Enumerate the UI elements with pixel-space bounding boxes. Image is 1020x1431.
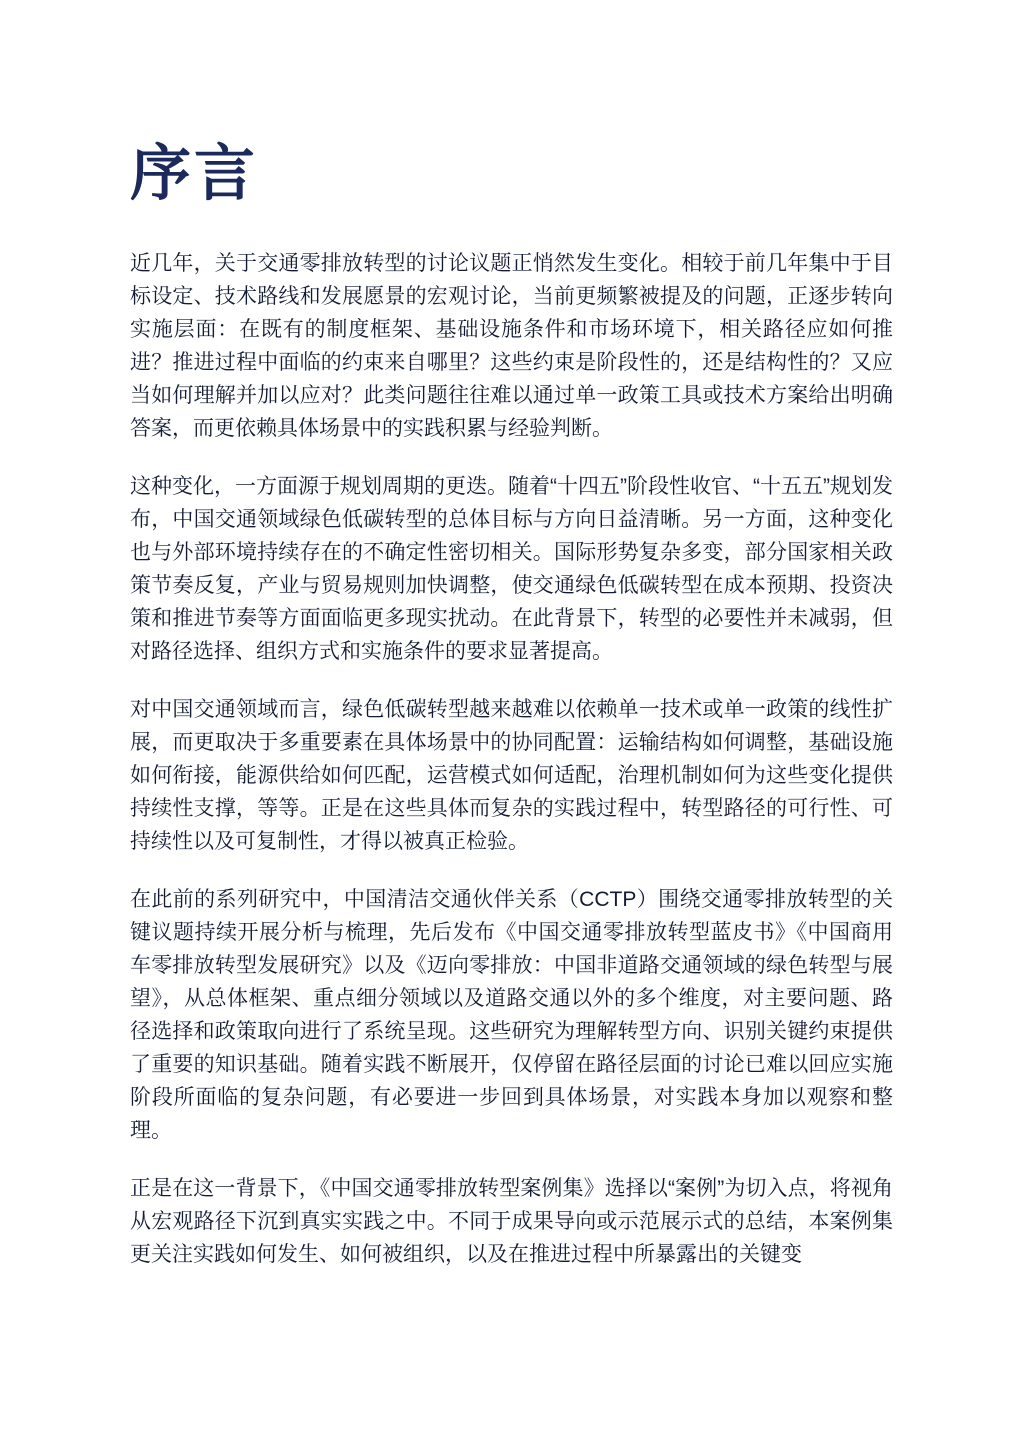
paragraph: 在此前的系列研究中，中国清洁交通伙伴关系（CCTP）围绕交通零排放转型的关键议题… — [130, 883, 893, 1147]
paragraph: 正是在这一背景下，《中国交通零排放转型案例集》选择以“案例”为切入点，将视角从宏… — [130, 1172, 893, 1271]
body-text-block: 近几年，关于交通零排放转型的讨论议题正悄然发生变化。相较于前几年集中于目标设定、… — [130, 247, 893, 1271]
paragraph: 近几年，关于交通零排放转型的讨论议题正悄然发生变化。相较于前几年集中于目标设定、… — [130, 247, 893, 445]
paragraph: 这种变化，一方面源于规划周期的更迭。随着“十四五”阶段性收官、“十五五”规划发布… — [130, 470, 893, 668]
page-title: 序言 — [130, 140, 258, 207]
document-page: 序言 近几年，关于交通零排放转型的讨论议题正悄然发生变化。相较于前几年集中于目标… — [0, 0, 1020, 1431]
page-title-text: 序言 — [130, 139, 258, 207]
paragraph: 对中国交通领域而言，绿色低碳转型越来越难以依赖单一技术或单一政策的线性扩展，而更… — [130, 693, 893, 858]
